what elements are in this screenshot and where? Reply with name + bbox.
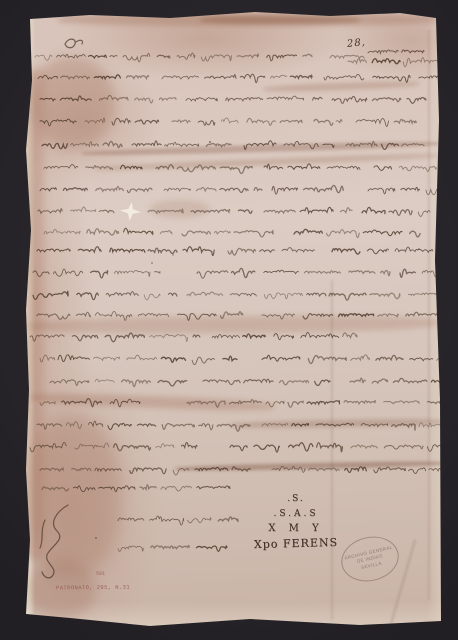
photo-background: 28, .S. .S.A.S X M Y Xpo FERENS ARCHIVO … [0, 0, 458, 640]
signature-xpo-ferens: Xpo FERENS [250, 536, 342, 551]
manuscript-letter: 28, .S. .S.A.S X M Y Xpo FERENS ARCHIVO … [26, 12, 441, 626]
paper-surface: 28, .S. .S.A.S X M Y Xpo FERENS ARCHIVO … [0, 0, 458, 640]
signature-row-2: .S.A.S [264, 509, 328, 519]
signature-row-3: X M Y [264, 523, 328, 534]
date-annotation: 28, [347, 37, 367, 50]
shelfmark-number: 501 [96, 571, 105, 577]
shelfmark-reference: PATRONATO, 295, N.31 [56, 584, 130, 592]
signature-row-1: .S. [278, 494, 314, 504]
